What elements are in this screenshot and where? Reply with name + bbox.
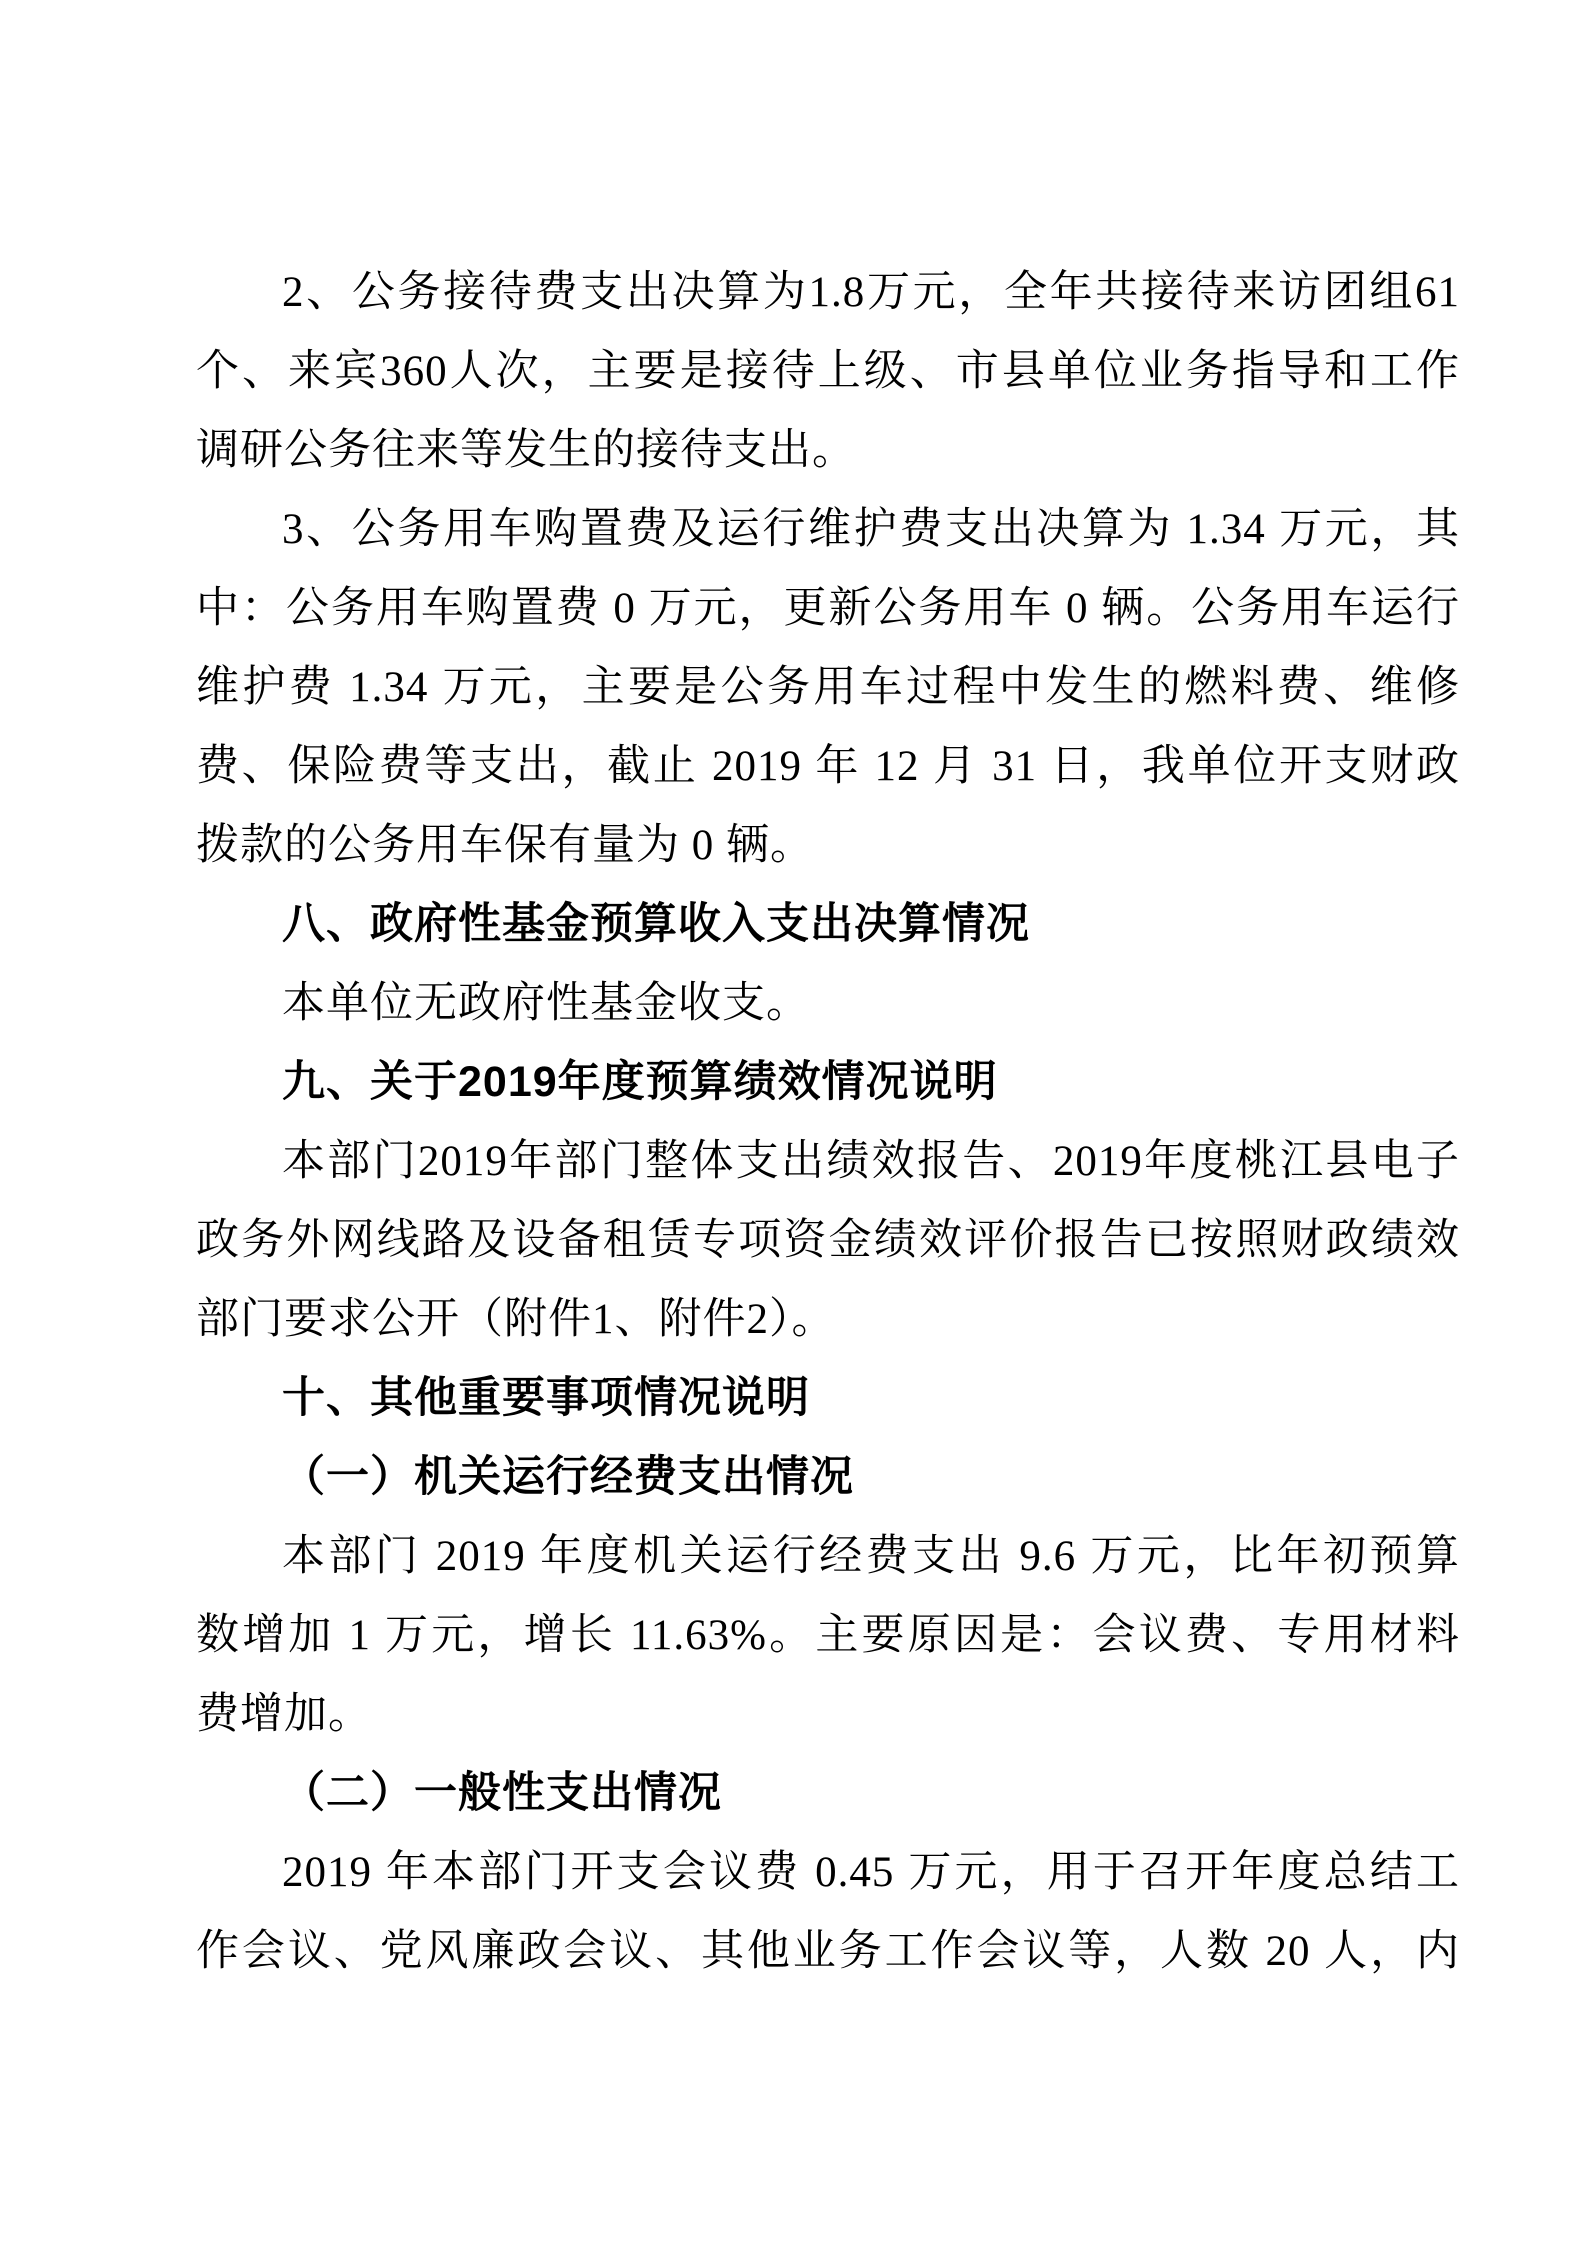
paragraph-line: 部门要求公开（附件1、附件2）。 bbox=[196, 1280, 1460, 1359]
paragraph-line: 3、公务用车购置费及运行维护费支出决算为 1.34 万元，其 bbox=[196, 490, 1460, 569]
paragraph-line: 维护费 1.34 万元，主要是公务用车过程中发生的燃料费、维修 bbox=[196, 648, 1460, 727]
paragraph-line: 中：公务用车购置费 0 万元，更新公务用车 0 辆。公务用车运行 bbox=[196, 569, 1460, 648]
document-page: 2、公务接待费支出决算为1.8万元，全年共接待来访团组61个、来宾360人次，主… bbox=[0, 0, 1587, 2245]
document-body: 2、公务接待费支出决算为1.8万元，全年共接待来访团组61个、来宾360人次，主… bbox=[196, 253, 1460, 1991]
paragraph-line: 拨款的公务用车保有量为 0 辆。 bbox=[196, 806, 1460, 885]
section-heading: 八、政府性基金预算收入支出决算情况 bbox=[196, 885, 1460, 964]
paragraph-line: 2019 年本部门开支会议费 0.45 万元，用于召开年度总结工 bbox=[196, 1833, 1460, 1912]
sub-section-heading: （一）机关运行经费支出情况 bbox=[196, 1438, 1460, 1517]
paragraph-line: 调研公务往来等发生的接待支出。 bbox=[196, 411, 1460, 490]
paragraph-line: 费增加。 bbox=[196, 1675, 1460, 1754]
paragraph-line: 政务外网线路及设备租赁专项资金绩效评价报告已按照财政绩效 bbox=[196, 1201, 1460, 1280]
paragraph-line: 本部门 2019 年度机关运行经费支出 9.6 万元，比年初预算 bbox=[196, 1517, 1460, 1596]
paragraph-line: 费、保险费等支出，截止 2019 年 12 月 31 日，我单位开支财政 bbox=[196, 727, 1460, 806]
paragraph-line: 本部门2019年部门整体支出绩效报告、2019年度桃江县电子 bbox=[196, 1122, 1460, 1201]
paragraph-line: 2、公务接待费支出决算为1.8万元，全年共接待来访团组61 bbox=[196, 253, 1460, 332]
paragraph-line: 作会议、党风廉政会议、其他业务工作会议等，人数 20 人，内 bbox=[196, 1912, 1460, 1991]
paragraph-line: 数增加 1 万元，增长 11.63%。主要原因是：会议费、专用材料 bbox=[196, 1596, 1460, 1675]
sub-section-heading: （二）一般性支出情况 bbox=[196, 1754, 1460, 1833]
paragraph-line: 本单位无政府性基金收支。 bbox=[196, 964, 1460, 1043]
section-heading: 十、其他重要事项情况说明 bbox=[196, 1359, 1460, 1438]
paragraph-line: 个、来宾360人次，主要是接待上级、市县单位业务指导和工作 bbox=[196, 332, 1460, 411]
section-heading: 九、关于2019年度预算绩效情况说明 bbox=[196, 1043, 1460, 1122]
